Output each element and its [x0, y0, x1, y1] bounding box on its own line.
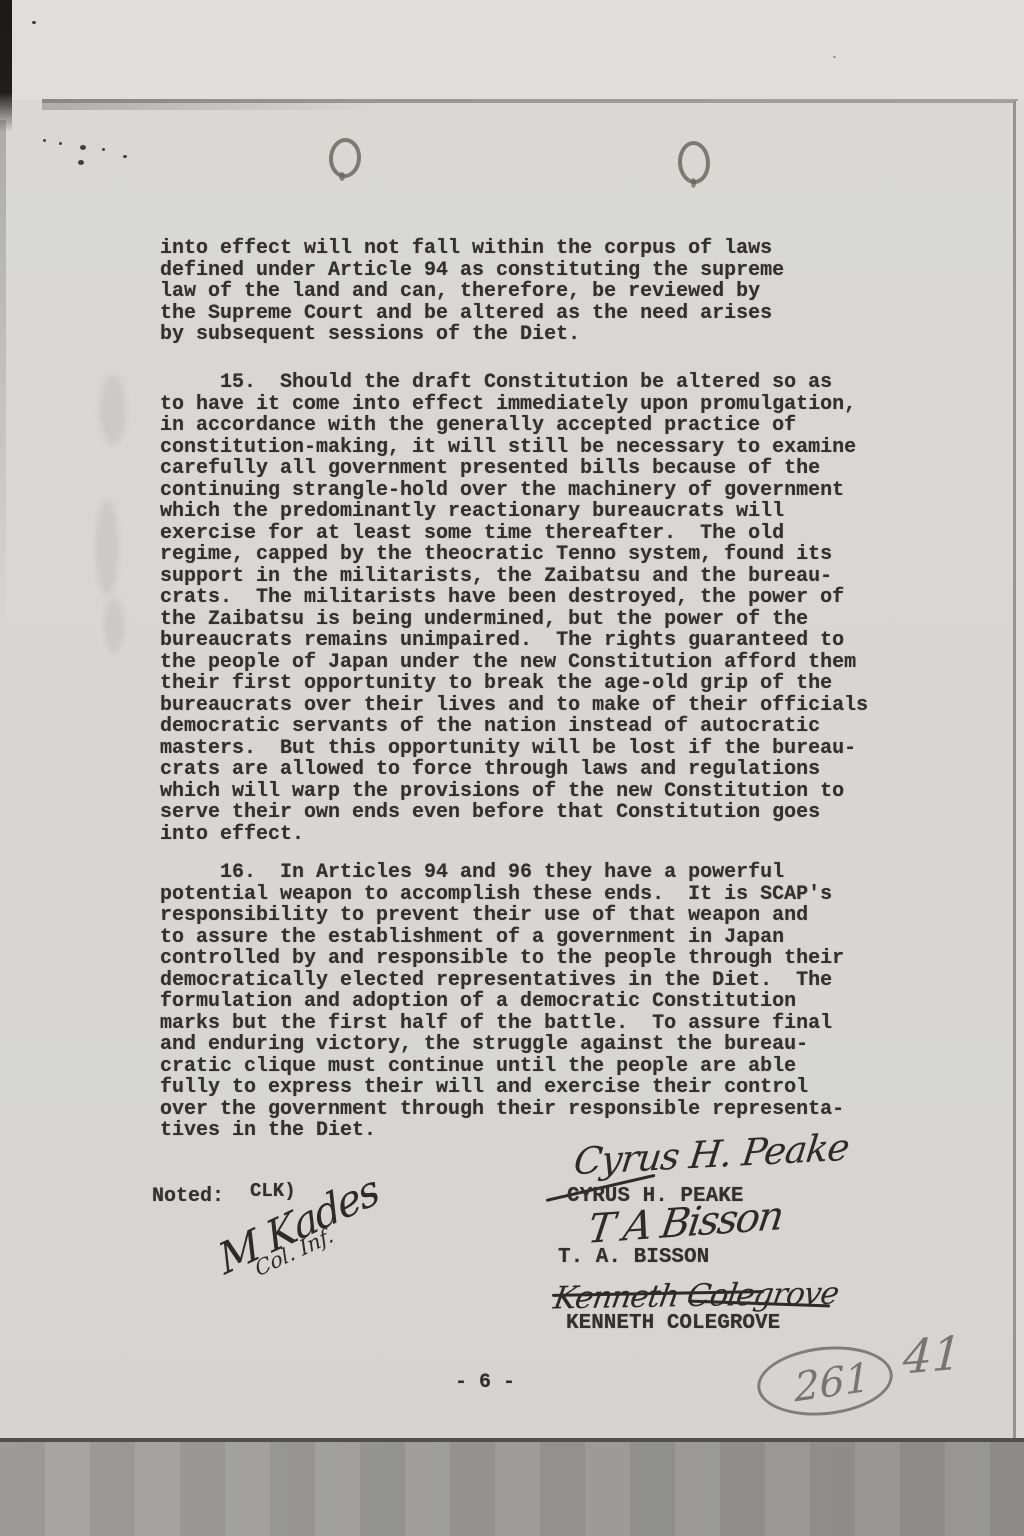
ink-speck	[32, 21, 36, 24]
ink-speck	[123, 155, 127, 158]
margin-smudge	[100, 375, 126, 445]
hole-mark-left-tail	[339, 172, 345, 181]
noted-label: Noted:	[152, 1186, 224, 1208]
paragraph-intro: into effect will not fall within the cor…	[160, 238, 784, 346]
right-margin-strip	[1016, 101, 1024, 1441]
ink-speck	[59, 142, 62, 145]
ink-speck	[80, 145, 86, 150]
margin-smudge	[104, 598, 124, 653]
noted-initials: CLK)	[250, 1181, 296, 1203]
kades-signature: M Kades	[213, 1164, 383, 1284]
page-top-margin	[0, 0, 1024, 100]
scan-left-edge-shadow	[0, 0, 12, 132]
ink-speck	[833, 56, 836, 58]
colegrove-name-typed: KENNETH COLEGROVE	[566, 1313, 780, 1335]
bisson-name-typed: T. A. BISSON	[558, 1247, 709, 1269]
bottom-band	[0, 1442, 1024, 1536]
pencil-corner-number: 41	[902, 1325, 963, 1385]
ink-speck	[78, 160, 84, 165]
hole-mark-left	[328, 137, 363, 179]
ink-speck	[102, 148, 105, 151]
hole-mark-right-tail	[691, 178, 696, 188]
scan-left-strip	[0, 120, 6, 640]
paragraph-15: 15. Should the draft Constitution be alt…	[160, 372, 868, 845]
margin-smudge	[96, 500, 118, 595]
page-number: - 6 -	[455, 1372, 515, 1394]
document-scan: into effect will not fall within the cor…	[0, 0, 1024, 1536]
paragraph-16: 16. In Articles 94 and 96 they have a po…	[160, 862, 844, 1142]
ink-speck	[43, 139, 46, 142]
top-edge-shadow	[42, 103, 382, 110]
